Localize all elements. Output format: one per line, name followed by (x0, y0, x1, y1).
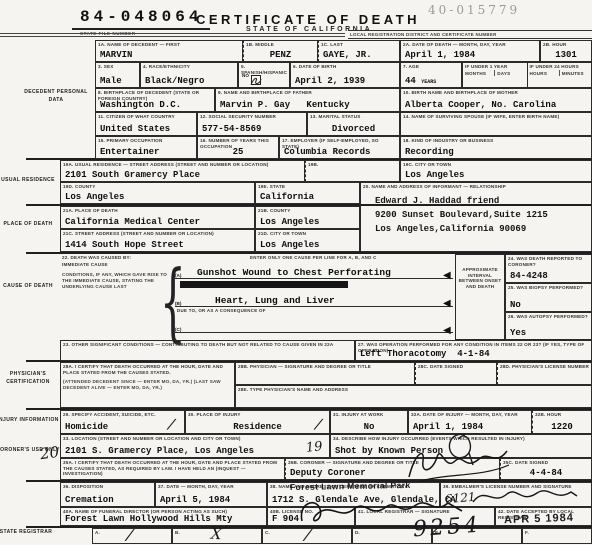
field-value: Divorced (308, 124, 399, 134)
field-label: 1B. MIDDLE (244, 41, 317, 48)
field-label: 14. NAME OF SURVIVING SPOUSE (IF WIFE, E… (401, 113, 591, 120)
field-death-county: 21B. COUNTY Los Angeles (255, 206, 360, 229)
field-label: 9. NAME AND BIRTHPLACE OF FATHER (216, 89, 399, 96)
field-occupation: 15. PRIMARY OCCUPATION Entertainer (95, 136, 197, 159)
age-under-24hr: IF UNDER 24 HOURS HOURS MINUTES (528, 63, 592, 87)
field-value: Los Angeles (401, 170, 591, 180)
field-disposition-date: 37. DATE — MONTH, DAY, YEAR April 5, 198… (155, 482, 267, 507)
registrar-box-c: C. / (262, 528, 352, 544)
field-label: 3. SEX (96, 63, 139, 70)
field-label: IF UNDER 1 YEAR (463, 63, 527, 70)
field-value: Yes (506, 328, 591, 338)
field-place-of-injury: 30. PLACE OF INJURY Residence ∕ (185, 410, 330, 434)
field-label: 19B. (306, 161, 399, 168)
minutes-label: MINUTES (560, 70, 591, 77)
physician-certify-text: 28A. I CERTIFY THAT DEATH OCCURRED AT TH… (61, 363, 234, 375)
cause-conditions-label: CONDITIONS, IF ANY, WHICH GAVE RISE TO T… (60, 271, 172, 289)
field-label: 29. SPECIFY ACCIDENT, SUICIDE, ETC. (61, 411, 184, 418)
field-residence-state: 19E. STATE California (255, 182, 360, 204)
cemetery-stamp-name: Forest Lawn Memorial Park (290, 480, 411, 492)
field-label: 37. DATE — MONTH, DAY, YEAR (156, 483, 266, 490)
cause-line-a: (A) Gunshot Wound to Chest Perforating (175, 264, 453, 279)
cause-b-tag: (B) (175, 301, 181, 306)
field-label: 20. NAME AND ADDRESS OF INFORMANT — RELA… (361, 183, 591, 190)
field-label: 21D. CITY OR TOWN (256, 230, 359, 237)
cause-strip-label: ENTER ONLY ONE CAUSE PER LINE FOR A, B, … (250, 255, 377, 260)
months-label: MONTHS (463, 70, 495, 77)
field-label: 2B. HOUR (541, 41, 591, 48)
registrar-box-b: B. X (172, 528, 262, 544)
field-value: Homicide (61, 422, 184, 432)
field-physician-date-signed: 28C. DATE SIGNED (415, 362, 497, 385)
field-residence-city: 19C. CITY OR TOWN Los Angeles (400, 160, 592, 182)
registrar-box-a: A. / (92, 528, 172, 544)
coroner-signature-scrawl (401, 443, 511, 485)
field-value: 2101 South Gramercy Place (61, 170, 304, 180)
field-other-conditions: 23. OTHER SIGNIFICANT CONDITIONS — CONTR… (60, 340, 355, 361)
field-mother: 10. BIRTH NAME AND BIRTHPLACE OF MOTHER … (400, 88, 592, 112)
handwritten-certificate-number: 40-015779 (428, 3, 520, 17)
field-label: 23. OTHER SIGNIFICANT CONDITIONS — CONTR… (61, 341, 354, 348)
field-operation: 27. WAS OPERATION PERFORMED FOR ANY COND… (355, 340, 592, 361)
field-date-accepted: 42. DATE ACCEPTED BY LOCAL REGISTRAR APR… (495, 507, 592, 526)
field-label: 21C. STREET ADDRESS (STREET AND NUMBER O… (61, 230, 254, 237)
field-value: April 2, 1939 (291, 76, 399, 86)
field-value: Columbia Records (280, 147, 399, 157)
field-value: Recording (401, 147, 591, 157)
field-biopsy: 25. WAS BIOPSY PERFORMED? No (505, 283, 592, 312)
field-value: Marvin P. Gay Kentucky (216, 100, 399, 110)
field-sex: 3. SEX Male (95, 62, 140, 88)
field-ssn: 12. SOCIAL SECURITY NUMBER 577-54-8569 (197, 112, 307, 136)
field-coroner-signature: 35B. CORONER — SIGNATURE AND DEGREE OR T… (285, 458, 500, 480)
field-birthplace: 8. BIRTHPLACE OF DECEDENT (STATE OR FORE… (95, 88, 215, 112)
field-label: 28D. PHYSICIAN'S LICENSE NUMBER (498, 363, 591, 370)
field-label: 31. INJURY AT WORK (331, 411, 407, 418)
field-funeral-director: 40A. NAME OF FUNERAL DIRECTOR (OR PERSON… (60, 507, 267, 526)
field-race: 4. RACE/ETHNICITY Black/Negro (140, 62, 238, 88)
field-death-street: 21C. STREET ADDRESS (STREET AND NUMBER O… (60, 229, 255, 252)
field-value: California (256, 192, 359, 202)
cause-c-tag: (C) (175, 327, 181, 332)
field-label: 1C. LAST (319, 41, 399, 48)
arrow-left-icon: ◀ (443, 298, 451, 309)
field-marital-status: 13. MARITAL STATUS Divorced (307, 112, 400, 136)
field-label: 10. BIRTH NAME AND BIRTHPLACE OF MOTHER (401, 89, 591, 96)
coroner-certify-block: 35A. I CERTIFY THAT DEATH OCCURRED AT TH… (60, 458, 285, 480)
field-age: 7. AGE 44 YEARS (400, 62, 462, 88)
local-registration-label: LOCAL REGISTRATION DISTRICT AND CERTIFIC… (348, 30, 592, 39)
field-label: 12. SOCIAL SECURITY NUMBER (198, 113, 306, 120)
age-under-1yr: IF UNDER 1 YEAR MONTHS DAYS (463, 63, 528, 87)
informant-line: Edward J. Haddad friend (375, 195, 548, 209)
field-surviving-spouse: 14. NAME OF SURVIVING SPOUSE (IF WIFE, E… (400, 112, 592, 136)
header-rule (0, 33, 345, 34)
field-label: 19E. STATE (256, 183, 359, 190)
field-injury-location: 33. LOCATION (STREET AND NUMBER OR LOCAT… (60, 434, 330, 458)
field-informant: 20. NAME AND ADDRESS OF INFORMANT — RELA… (360, 182, 592, 252)
arrow-left-icon: ◀ (443, 325, 451, 336)
field-label: 21B. COUNTY (256, 207, 359, 214)
field-value: 4-4-84 (501, 468, 591, 478)
field-label: 13. MARITAL STATUS (308, 113, 399, 120)
father-birthplace: Kentucky (306, 100, 349, 110)
header-rule-2 (0, 36, 345, 37)
informant-address: Edward J. Haddad friend 9200 Sunset Boul… (375, 195, 548, 237)
informant-line: 9200 Sunset Boulevard,Suite 1215 (375, 209, 548, 223)
field-physician-name-address: 28E. TYPE PHYSICIAN'S NAME AND ADDRESS (235, 385, 592, 408)
field-father: 9. NAME AND BIRTHPLACE OF FATHER Marvin … (215, 88, 400, 112)
physician-attended-text: (ATTENDED DECEDENT SINCE — ENTER MO, DA,… (61, 378, 234, 390)
death-certificate-document: 84-048064 STATE FILE NUMBER CERTIFICATE … (0, 0, 592, 545)
field-value: April 5, 1984 (156, 495, 266, 505)
informant-line: Los Angeles,California 90069 (375, 223, 548, 237)
date-accepted-stamp: APR 5 1984 (504, 512, 574, 526)
field-label: 26. WAS AUTOPSY PERFORMED? (506, 313, 591, 320)
handwritten-mark-b: X (210, 525, 222, 544)
field-label: 4. RACE/ETHNICITY (141, 63, 237, 70)
field-years-occupation: 16. NUMBER OF YEARS THIS OCCUPATION 25 (197, 136, 279, 159)
field-employer: 17. EMPLOYER (IF SELF-EMPLOYED, SO STATE… (279, 136, 400, 159)
field-label: 25. WAS BIOPSY PERFORMED? (506, 284, 591, 291)
cause-line-c: (C) (175, 318, 453, 333)
handwritten-19: 19 (306, 439, 324, 456)
field-value: Black/Negro (141, 76, 237, 86)
field-citizen: 11. CITIZEN OF WHAT COUNTRY United State… (95, 112, 197, 136)
field-value: April 1, 1984 (401, 50, 539, 60)
field-label: 32B. HOUR (533, 411, 591, 418)
registrar-box-e: E. 9254 (432, 528, 522, 544)
sidebar-registrar-label: STATE REGISTRAR (0, 528, 58, 536)
handwritten-registrar-code: 9254 (412, 513, 482, 543)
field-label: 32A. DATE OF INJURY — MONTH, DAY, YEAR (409, 411, 531, 418)
approx-interval-block: APPROXIMATE INTERVAL BETWEEN ONSET AND D… (455, 254, 505, 340)
cause-b-value: Heart, Lung and Liver (215, 295, 335, 306)
cause-a-value: Gunshot Wound to Chest Perforating (197, 267, 391, 278)
approx-interval-label: APPROXIMATE INTERVAL BETWEEN ONSET AND D… (456, 255, 504, 290)
physician-certify-block: 28A. I CERTIFY THAT DEATH OCCURRED AT TH… (60, 362, 235, 408)
field-value: 1220 (533, 422, 591, 432)
field-label: 28E. TYPE PHYSICIAN'S NAME AND ADDRESS (236, 386, 591, 393)
field-value: California Medical Center (61, 217, 254, 227)
field-name-last: 1C. LAST GAYE, JR. (318, 40, 400, 62)
field-manner: 29. SPECIFY ACCIDENT, SUICIDE, ETC. Homi… (60, 410, 185, 434)
field-hour-of-death: 2B. HOUR 1301 (540, 40, 592, 62)
field-date-of-birth: 6. DATE OF BIRTH April 2, 1939 (290, 62, 400, 88)
field-label: 35C. DATE SIGNED (501, 459, 591, 466)
field-residence-19b: 19B. (305, 160, 400, 182)
field-age-sub: IF UNDER 1 YEAR MONTHS DAYS IF UNDER 24 … (462, 62, 592, 88)
field-value: Residence (186, 422, 329, 432)
field-value: Los Angeles (256, 240, 359, 250)
field-name-first: 1A. NAME OF DECEDENT — FIRST MARVIN (95, 40, 243, 62)
field-value: No (331, 422, 407, 432)
field-label: 18. KIND OF INDUSTRY OR BUSINESS (401, 137, 591, 144)
cause-due-label: DUE TO, OR AS A CONSEQUENCE OF (177, 308, 266, 313)
field-value: 84-4248 (506, 271, 591, 281)
field-physician-signature: 28B. PHYSICIAN — SIGNATURE AND DEGREE OR… (235, 362, 415, 385)
page-title: CERTIFICATE OF DEATH (196, 12, 420, 27)
field-value: Forest Lawn Hollywood Hills Mty (61, 514, 266, 524)
field-physician-license: 28D. PHYSICIAN'S LICENSE NUMBER (497, 362, 592, 385)
hours-label: HOURS (528, 70, 560, 77)
sidebar-cause-label: CAUSE OF DEATH (0, 282, 60, 290)
field-value: 2101 S. Gramercy Place, Los Angeles (61, 446, 329, 456)
sidebar-place-label: PLACE OF DEATH (0, 220, 60, 228)
field-label: IF UNDER 24 HOURS (528, 63, 592, 70)
field-label: 19D. COUNTY (61, 183, 254, 190)
cause-line-b: (B) Heart, Lung and Liver (175, 290, 453, 307)
field-value: Washington D.C. (96, 100, 214, 110)
operation-date: 4-1-84 (457, 349, 489, 359)
field-label: 36. DISPOSITION (61, 483, 154, 490)
field-label: 19C. CITY OR TOWN (401, 161, 591, 168)
cause-immediate-label: IMMEDIATE CAUSE (60, 261, 172, 268)
field-coroner-date-signed: 35C. DATE SIGNED 4-4-84 (500, 458, 592, 480)
redaction-bar (180, 281, 348, 288)
field-value: Los Angeles (256, 217, 359, 227)
field-value: Cremation (61, 495, 154, 505)
field-value: MARVIN (96, 50, 242, 60)
sidebar-residence-label: USUAL RESIDENCE (0, 176, 60, 184)
field-value: Alberta Cooper, No. Carolina (401, 100, 591, 110)
field-label: 1A. NAME OF DECEDENT — FIRST (96, 41, 242, 48)
field-label: 28C. DATE SIGNED (416, 363, 496, 370)
sidebar-physician-label: PHYSICIAN'S CERTIFICATION (0, 370, 60, 386)
field-injury-at-work: 31. INJURY AT WORK No (330, 410, 408, 434)
field-label: 19A. USUAL RESIDENCE — STREET ADDRESS (S… (61, 161, 304, 168)
field-industry: 18. KIND OF INDUSTRY OR BUSINESS Recordi… (400, 136, 592, 159)
field-value: Entertainer (96, 147, 196, 157)
field-value: 577-54-8569 (198, 124, 306, 134)
cause-caused-by-label: 22. DEATH WAS CAUSED BY: (60, 254, 172, 261)
field-value: Los Angeles (61, 192, 254, 202)
field-value: Left Thoracotomy 4-1-84 (356, 349, 591, 359)
field-spanish-hispanic: 5. SPANISH/HISPANIC NO (238, 62, 290, 88)
field-death-city: 21D. CITY OR TOWN Los Angeles (255, 229, 360, 252)
field-label: 24. WAS DEATH REPORTED TO CORONER? (506, 255, 591, 267)
coroner-certify-text: 35A. I CERTIFY THAT DEATH OCCURRED AT TH… (61, 459, 284, 477)
field-label: 15. PRIMARY OCCUPATION (96, 137, 196, 144)
age-unit: YEARS (421, 79, 436, 85)
field-value: GAYE, JR. (319, 50, 399, 60)
field-residence-street: 19A. USUAL RESIDENCE — STREET ADDRESS (S… (60, 160, 305, 182)
field-place-of-death: 21A. PLACE OF DEATH California Medical C… (60, 206, 255, 229)
field-label: 30. PLACE OF INJURY (186, 411, 329, 418)
sidebar-decedent-label: DECEDENT PERSONAL DATA (24, 88, 88, 104)
field-autopsy: 26. WAS AUTOPSY PERFORMED? Yes (505, 312, 592, 340)
field-value: PENZ (244, 50, 317, 60)
coroner-use-scrawl: 20 (39, 443, 60, 463)
checkbox-mark-scrawl (248, 75, 262, 87)
field-label: 6. DATE OF BIRTH (291, 63, 399, 70)
embalmer-signature-scrawl (469, 484, 579, 508)
field-label: 11. CITIZEN OF WHAT COUNTRY (96, 113, 196, 120)
field-injury-hour: 32B. HOUR 1220 (532, 410, 592, 434)
days-label: DAYS (495, 70, 526, 77)
field-value: 1301 (541, 50, 591, 60)
cause-a-tag: (A) (175, 273, 181, 278)
state-file-number: 84-048064 (72, 8, 210, 30)
field-label: 28B. PHYSICIAN — SIGNATURE AND DEGREE OR… (236, 363, 414, 370)
field-date-of-death: 2A. DATE OF DEATH — MONTH, DAY, YEAR Apr… (400, 40, 540, 62)
field-value: 25 (198, 147, 278, 157)
field-label: 21A. PLACE OF DEATH (61, 207, 254, 214)
registrar-box-f: F. (522, 528, 592, 544)
field-residence-county: 19D. COUNTY Los Angeles (60, 182, 255, 204)
field-value: United States (96, 124, 196, 134)
box-letter: F. (523, 529, 591, 536)
field-value: Male (96, 76, 139, 86)
field-name-middle: 1B. MIDDLE PENZ (243, 40, 318, 62)
field-label: 7. AGE (401, 63, 461, 70)
field-label: 33. LOCATION (STREET AND NUMBER OR LOCAT… (61, 435, 329, 442)
arrow-left-icon: ◀ (443, 270, 451, 281)
field-label: 2A. DATE OF DEATH — MONTH, DAY, YEAR (401, 41, 539, 48)
field-reported-to-coroner: 24. WAS DEATH REPORTED TO CORONER? 84-42… (505, 254, 592, 283)
field-disposition: 36. DISPOSITION Cremation (60, 482, 155, 507)
field-value: 44 YEARS (401, 76, 461, 86)
field-value: No (506, 300, 591, 310)
sidebar-injury-label: INJURY INFORMATION (0, 416, 60, 424)
cause-label-block: 22. DEATH WAS CAUSED BY: IMMEDIATE CAUSE… (60, 254, 172, 340)
field-value: 1414 South Hope Street (61, 240, 254, 250)
